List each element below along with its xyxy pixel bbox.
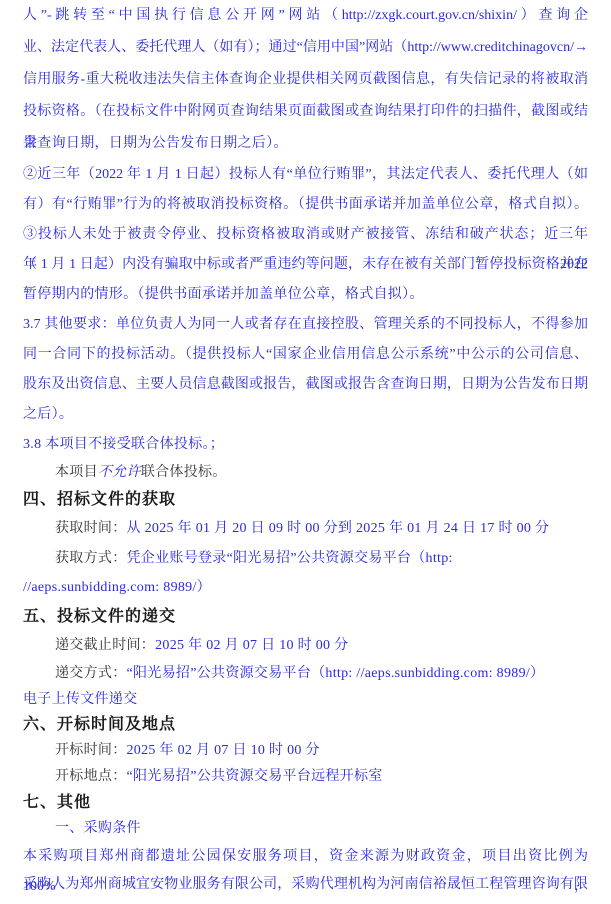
para-credit-check-line: 人”-跳转至“中国执行信息公开网”网站（http://zxgk.court.go… [23,0,588,32]
acquisition-time-value: 从 2025 年 01 月 20 日 09 时 00 分到 2025 年 01 … [127,521,550,536]
submission-deadline-label: 递交截止时间： [55,638,155,653]
joint-bid-suffix: 联合体投标。 [141,465,227,480]
para-other-req-line: 同一合同下的投标活动。（提供投标人“国家企业信用信息公示系统”中公示的公司信息、 [23,340,588,370]
submission-deadline-value: 2025 年 02 月 07 日 10 时 00 分 [155,638,348,653]
para-other-req-line: 股东及出资信息、主要人员信息截图或报告，截图或报告含查询日期，日期为公告发布日期 [23,370,588,400]
para-credit-check-line: 含查询日期，日期为公告发布日期之后）。 [23,128,588,160]
acquisition-method-value: 凭企业账号登录“阳光易招”公共资源交易平台（http: [127,551,453,566]
opening-time-row: 开标时间：2025 年 02 月 07 日 10 时 00 分 [23,738,588,764]
opening-place-row: 开标地点：“阳光易招”公共资源交易平台远程开标室 [23,764,588,790]
acquisition-time-row: 获取时间：从 2025 年 01 月 20 日 09 时 00 分到 2025 … [23,514,588,544]
opening-time-label: 开标时间： [55,743,127,758]
para-bribery-line: 有）有“行贿罪”行为的将被取消投标资格。（提供书面承诺并加盖单位公章，格式自拟）… [23,190,588,220]
para-bribery-line: 年 1 月 1 日起）内没有骗取中标或者严重违约等问题，未存在被有关部门暂停投标… [23,250,588,280]
opening-time-value: 2025 年 02 月 07 日 10 时 00 分 [127,743,320,758]
para-credit-check-line: 投标资格。（在投标文件中附网页查询结果页面截图或查询结果打印件的扫描件，截图或结… [23,96,588,128]
joint-bid-emphasis: 不允许 [98,465,141,480]
opening-place-value: “阳光易招”公共资源交易平台远程开标室 [127,769,383,784]
procurement-body-line: 本采购项目郑州商都遗址公园保安服务项目，资金来源为财政资金，项目出资比例为 10… [23,842,588,872]
para-bribery-line: 暂停期内的情形。（提供书面承诺并加盖单位公章，格式自拟）。 [23,280,588,310]
acquisition-time-label: 获取时间： [55,521,127,536]
submission-method-label: 递交方式： [55,666,127,681]
section-heading-document-acquisition: 四、招标文件的获取 [23,486,588,514]
para-credit-check-line: 业、法定代表人、委托代理人（如有）；通过“信用中国”网站（http://www.… [23,32,588,64]
acquisition-url-continuation: //aeps.sunbidding.com: 8989/） [23,574,588,602]
joint-bid-statement: 本项目不允许联合体投标。 [23,460,588,486]
para-other-req-line: 之后）。 [23,400,588,430]
opening-place-label: 开标地点： [55,769,127,784]
section-heading-bid-submission: 五、投标文件的递交 [23,602,588,632]
tender-notice-page: 人”-跳转至“中国执行信息公开网”网站（http://zxgk.court.go… [0,0,611,898]
section-heading-bid-opening: 六、开标时间及地点 [23,712,588,738]
acquisition-method-row: 获取方式：凭企业账号登录“阳光易招”公共资源交易平台（http: [23,544,588,574]
para-credit-check-line: 信用服务-重大税收违法失信主体查询企业提供相关网页截图信息，有失信记录的将被取消 [23,64,588,96]
submission-deadline-row: 递交截止时间：2025 年 02 月 07 日 10 时 00 分 [23,632,588,660]
submission-method-value: “阳光易招”公共资源交易平台（http: //aeps.sunbidding.c… [127,666,545,681]
acquisition-method-label: 获取方式： [55,551,127,566]
para-bribery-line: ③投标人未处于被责令停业、投标资格被取消或财产被接管、冻结和破产状态；近三年（2… [23,220,588,250]
section-heading-other: 七、其他 [23,790,588,816]
submission-method-continuation: 电子上传文件递交 [23,688,588,712]
submission-method-row: 递交方式：“阳光易招”公共资源交易平台（http: //aeps.sunbidd… [23,660,588,688]
clause-no-joint-bid: 3.8 本项目不接受联合体投标。； [23,430,588,460]
procurement-conditions-subheading: 一、采购条件 [23,816,588,842]
para-bribery-line: ②近三年（2022 年 1 月 1 日起）投标人有“单位行贿罪”，其法定代表人、… [23,160,588,190]
procurement-body-line: 采购人为郑州商城宜安物业服务有限公司，采购代理机构为河南信裕晟恒工程管理咨询有限 [23,872,588,898]
joint-bid-prefix: 本项目 [55,465,98,480]
para-other-req-line: 3.7 其他要求：单位负责人为同一人或者存在直接控股、管理关系的不同投标人，不得… [23,310,588,340]
